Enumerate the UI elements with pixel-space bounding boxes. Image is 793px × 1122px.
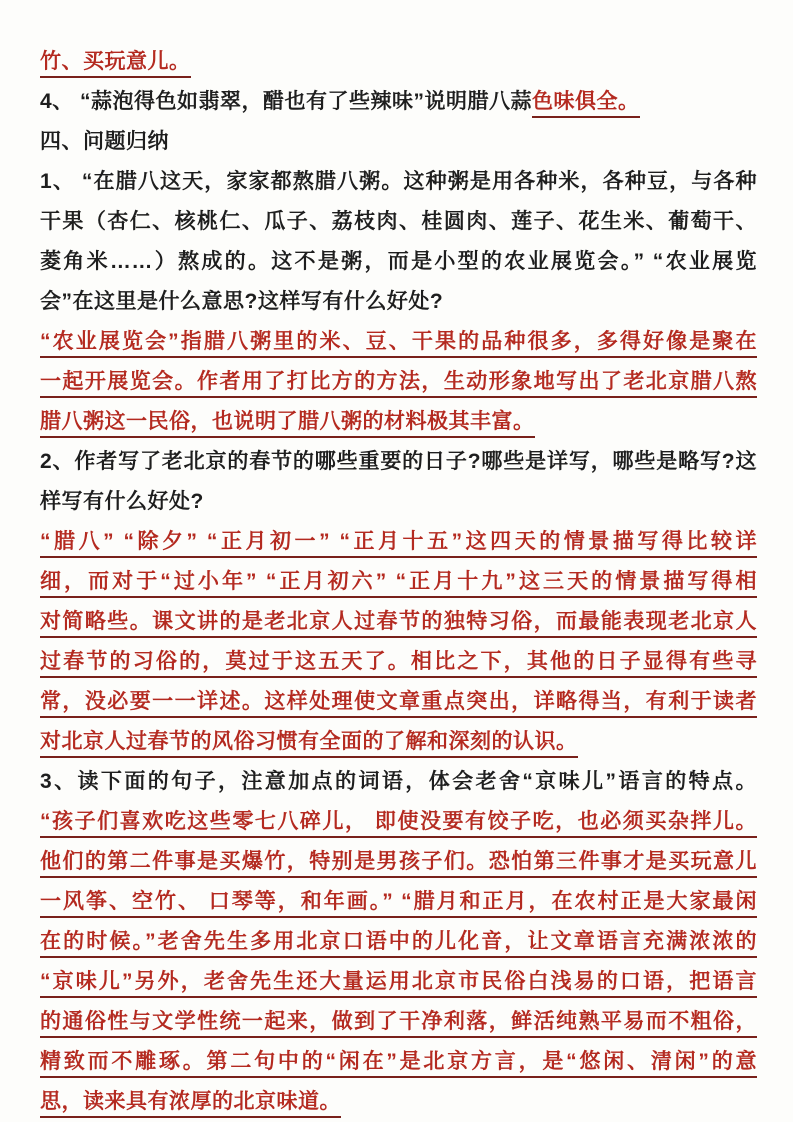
text-line: 竹、买玩意儿。 bbox=[40, 42, 757, 82]
text-line: 过春节的习俗的，莫过于这五天了。相比之下，其他的日子显得有些寻 bbox=[40, 642, 757, 682]
answer-text-segment: 细，而对于“过小年” “正月初六” “正月十九”这三天的情景描写得相 bbox=[40, 570, 757, 598]
text-line: 四、问题归纳 bbox=[40, 122, 757, 162]
text-line: “腊八” “除夕” “正月初一” “正月十五”这四天的情景描写得比较详 bbox=[40, 522, 757, 562]
text-line: “京味儿”另外，老舍先生还大量运用北京市民俗白浅易的口语，把语言 bbox=[40, 962, 757, 1002]
text-line: 腊八粥这一民俗，也说明了腊八粥的材料极其丰富。 bbox=[40, 402, 757, 442]
document-page: 竹、买玩意儿。4、 “蒜泡得色如翡翠，醋也有了些辣味”说明腊八蒜色味俱全。四、问… bbox=[0, 0, 793, 1122]
answer-text-segment: 色味俱全。 bbox=[532, 90, 640, 118]
text-line: 样写有什么好处? bbox=[40, 482, 757, 522]
text-line: 对简略些。课文讲的是老北京人过春节的独特习俗，而最能表现老北京人 bbox=[40, 602, 757, 642]
question-text-segment: 干果（杏仁、核桃仁、瓜子、荔枝肉、桂圆肉、莲子、花生米、葡萄干、 bbox=[40, 210, 757, 233]
answer-text-segment: 一风筝、空竹、 口琴等，和年画。” “腊月和正月，在农村正是大家最闲 bbox=[40, 890, 757, 918]
text-line: 精致而不雕琢。第二句中的“闲在”是北京方言，是“悠闲、清闲”的意 bbox=[40, 1042, 757, 1082]
question-text-segment: 2、作者写了老北京的春节的哪些重要的日子?哪些是详写，哪些是略写?这 bbox=[40, 450, 757, 473]
answer-text-segment: 竹、买玩意儿。 bbox=[40, 50, 191, 78]
text-line: 思，读来具有浓厚的北京味道。 bbox=[40, 1082, 757, 1122]
answer-text-segment: 过春节的习俗的，莫过于这五天了。相比之下，其他的日子显得有些寻 bbox=[40, 650, 757, 678]
text-line: 1、 “在腊八这天，家家都熬腊八粥。这种粥是用各种米，各种豆，与各种 bbox=[40, 162, 757, 202]
answer-text-segment: 思，读来具有浓厚的北京味道。 bbox=[40, 1090, 341, 1118]
question-text-segment: 3、读下面的句子，注意加点的词语，体会老舍“京味儿”语言的特点。 bbox=[40, 770, 757, 793]
text-line: 细，而对于“过小年” “正月初六” “正月十九”这三天的情景描写得相 bbox=[40, 562, 757, 602]
text-line: 会”在这里是什么意思?这样写有什么好处? bbox=[40, 282, 757, 322]
text-line: 他们的第二件事是买爆竹，特别是男孩子们。恐怕第三件事才是买玩意儿 bbox=[40, 842, 757, 882]
answer-text-segment: “腊八” “除夕” “正月初一” “正月十五”这四天的情景描写得比较详 bbox=[40, 530, 757, 558]
text-line: 菱角米……）熬成的。这不是粥，而是小型的农业展览会。” “农业展览 bbox=[40, 242, 757, 282]
answer-text-segment: 一起开展览会。作者用了打比方的方法，生动形象地写出了老北京腊八熬 bbox=[40, 370, 757, 398]
text-line: “农业展览会”指腊八粥里的米、豆、干果的品种很多，多得好像是聚在 bbox=[40, 322, 757, 362]
answer-text-segment: 在的时候。”老舍先生多用北京口语中的儿化音，让文章语言充满浓浓的 bbox=[40, 930, 757, 958]
text-line: 4、 “蒜泡得色如翡翠，醋也有了些辣味”说明腊八蒜色味俱全。 bbox=[40, 82, 757, 122]
text-line: “孩子们喜欢吃这些零七八碎儿， 即使没要有饺子吃，也必须买杂拌儿。 bbox=[40, 802, 757, 842]
text-line: 2、作者写了老北京的春节的哪些重要的日子?哪些是详写，哪些是略写?这 bbox=[40, 442, 757, 482]
text-line: 常，没必要一一详述。这样处理使文章重点突出，详略得当，有利于读者 bbox=[40, 682, 757, 722]
answer-text-segment: 精致而不雕琢。第二句中的“闲在”是北京方言，是“悠闲、清闲”的意 bbox=[40, 1050, 757, 1078]
question-text-segment: 4、 “蒜泡得色如翡翠，醋也有了些辣味”说明腊八蒜 bbox=[40, 90, 532, 113]
text-line: 3、读下面的句子，注意加点的词语，体会老舍“京味儿”语言的特点。 bbox=[40, 762, 757, 802]
answer-text-segment: “孩子们喜欢吃这些零七八碎儿， 即使没要有饺子吃，也必须买杂拌儿。 bbox=[40, 810, 757, 838]
answer-text-segment: 他们的第二件事是买爆竹，特别是男孩子们。恐怕第三件事才是买玩意儿 bbox=[40, 850, 757, 878]
text-line: 的通俗性与文学性统一起来，做到了干净利落，鲜活纯熟平易而不粗俗， bbox=[40, 1002, 757, 1042]
answer-text-segment: 对简略些。课文讲的是老北京人过春节的独特习俗，而最能表现老北京人 bbox=[40, 610, 757, 638]
question-text-segment: 样写有什么好处? bbox=[40, 490, 204, 513]
document-body: 竹、买玩意儿。4、 “蒜泡得色如翡翠，醋也有了些辣味”说明腊八蒜色味俱全。四、问… bbox=[40, 42, 757, 1122]
text-line: 在的时候。”老舍先生多用北京口语中的儿化音，让文章语言充满浓浓的 bbox=[40, 922, 757, 962]
text-line: 对北京人过春节的风俗习惯有全面的了解和深刻的认识。 bbox=[40, 722, 757, 762]
answer-text-segment: 腊八粥这一民俗，也说明了腊八粥的材料极其丰富。 bbox=[40, 410, 535, 438]
answer-text-segment: 的通俗性与文学性统一起来，做到了干净利落，鲜活纯熟平易而不粗俗， bbox=[40, 1010, 757, 1038]
answer-text-segment: 对北京人过春节的风俗习惯有全面的了解和深刻的认识。 bbox=[40, 730, 578, 758]
answer-text-segment: “京味儿”另外，老舍先生还大量运用北京市民俗白浅易的口语，把语言 bbox=[40, 970, 757, 998]
question-text-segment: 1、 “在腊八这天，家家都熬腊八粥。这种粥是用各种米，各种豆，与各种 bbox=[40, 170, 757, 193]
question-text-segment: 菱角米……）熬成的。这不是粥，而是小型的农业展览会。” “农业展览 bbox=[40, 250, 757, 273]
text-line: 一起开展览会。作者用了打比方的方法，生动形象地写出了老北京腊八熬 bbox=[40, 362, 757, 402]
text-line: 干果（杏仁、核桃仁、瓜子、荔枝肉、桂圆肉、莲子、花生米、葡萄干、 bbox=[40, 202, 757, 242]
answer-text-segment: “农业展览会”指腊八粥里的米、豆、干果的品种很多，多得好像是聚在 bbox=[40, 330, 757, 358]
text-line: 一风筝、空竹、 口琴等，和年画。” “腊月和正月，在农村正是大家最闲 bbox=[40, 882, 757, 922]
question-text-segment: 会”在这里是什么意思?这样写有什么好处? bbox=[40, 290, 443, 313]
question-text-segment: 四、问题归纳 bbox=[40, 130, 169, 153]
answer-text-segment: 常，没必要一一详述。这样处理使文章重点突出，详略得当，有利于读者 bbox=[40, 690, 757, 718]
